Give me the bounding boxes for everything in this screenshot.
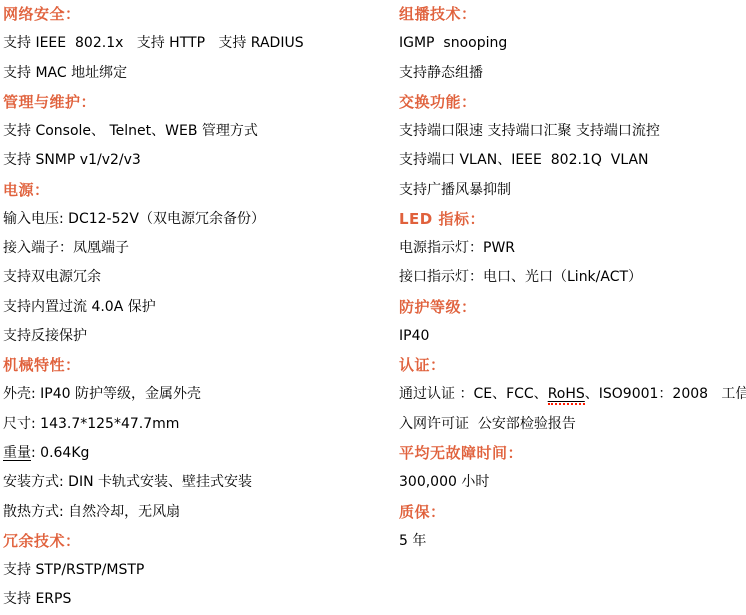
spec-line: IGMP snooping [399, 29, 746, 58]
spec-column-right: 组播技术：IGMP snooping支持静态组播交换功能：支持端口限速 支持端口… [399, 0, 746, 556]
spec-line: 支持 SNMP v1/v2/v3 [3, 146, 383, 175]
section-heading-mechanical: 机械特性： [3, 351, 383, 380]
spec-column-left: 网络安全：支持 IEEE 802.1x 支持 HTTP 支持 RADIUS支持 … [3, 0, 383, 615]
section-heading-protection-rating: 防护等级： [399, 293, 746, 322]
spec-line: 支持 ERPS [3, 585, 383, 614]
section-heading-multicast: 组播技术： [399, 0, 746, 29]
section-heading-warranty: 质保： [399, 498, 746, 527]
spec-line: 支持端口 VLAN、IEEE 802.1Q VLAN [399, 146, 746, 175]
spec-line: 5 年 [399, 527, 746, 556]
spec-line: 支持 IEEE 802.1x 支持 HTTP 支持 RADIUS [3, 29, 383, 58]
spec-line: 散热方式: 自然冷却，无风扇 [3, 498, 383, 527]
spec-line: 支持端口限速 支持端口汇聚 支持端口流控 [399, 117, 746, 146]
spec-line: 外壳: IP40 防护等级，金属外壳 [3, 380, 383, 409]
spec-line: 通过认证 ：CE、FCC、RoHS、ISO9001：2008 工信部 [399, 380, 746, 409]
text-segment: 通过认证 ：CE、FCC、 [399, 386, 548, 402]
spec-line: 尺寸: 143.7*125*47.7mm [3, 410, 383, 439]
spec-line: 支持静态组播 [399, 59, 746, 88]
spec-line: 入网许可证 公安部检验报告 [399, 410, 746, 439]
spec-line: 电源指示灯：PWR [399, 234, 746, 263]
section-heading-network-security: 网络安全： [3, 0, 383, 29]
spellcheck-flagged-text: RoHS [548, 386, 585, 405]
section-heading-redundancy: 冗余技术： [3, 527, 383, 556]
section-heading-mtbf: 平均无故障时间： [399, 439, 746, 468]
spec-line: 支持 MAC 地址绑定 [3, 59, 383, 88]
section-heading-switching: 交换功能： [399, 88, 746, 117]
text-segment: : 0.64Kg [31, 445, 89, 461]
spec-line: 接口指示灯：电口、光口（Link/ACT） [399, 263, 746, 292]
spec-line: 支持广播风暴抑制 [399, 176, 746, 205]
spec-line: 接入端子：凤凰端子 [3, 234, 383, 263]
spec-line: 重量: 0.64Kg [3, 439, 383, 468]
underlined-text: 重量 [3, 445, 31, 461]
spec-line: 输入电压: DC12-52V（双电源冗余备份） [3, 205, 383, 234]
section-heading-management-maintenance: 管理与维护： [3, 88, 383, 117]
spec-line: 支持双电源冗余 [3, 263, 383, 292]
spec-line: 300,000 小时 [399, 468, 746, 497]
spec-line: 支持反接保护 [3, 322, 383, 351]
text-segment: 、ISO9001：2008 工信部 [585, 386, 746, 402]
section-heading-power: 电源： [3, 176, 383, 205]
section-heading-certification: 认证： [399, 351, 746, 380]
spec-line: 支持内置过流 4.0A 保护 [3, 293, 383, 322]
spec-line: 安装方式: DIN 卡轨式安装、壁挂式安装 [3, 468, 383, 497]
spec-line: IP40 [399, 322, 746, 351]
section-heading-led-indicators: LED 指标： [399, 205, 746, 234]
spec-line: 支持 STP/RSTP/MSTP [3, 556, 383, 585]
spec-line: 支持 Console、 Telnet、WEB 管理方式 [3, 117, 383, 146]
spec-document: 网络安全：支持 IEEE 802.1x 支持 HTTP 支持 RADIUS支持 … [0, 0, 746, 615]
